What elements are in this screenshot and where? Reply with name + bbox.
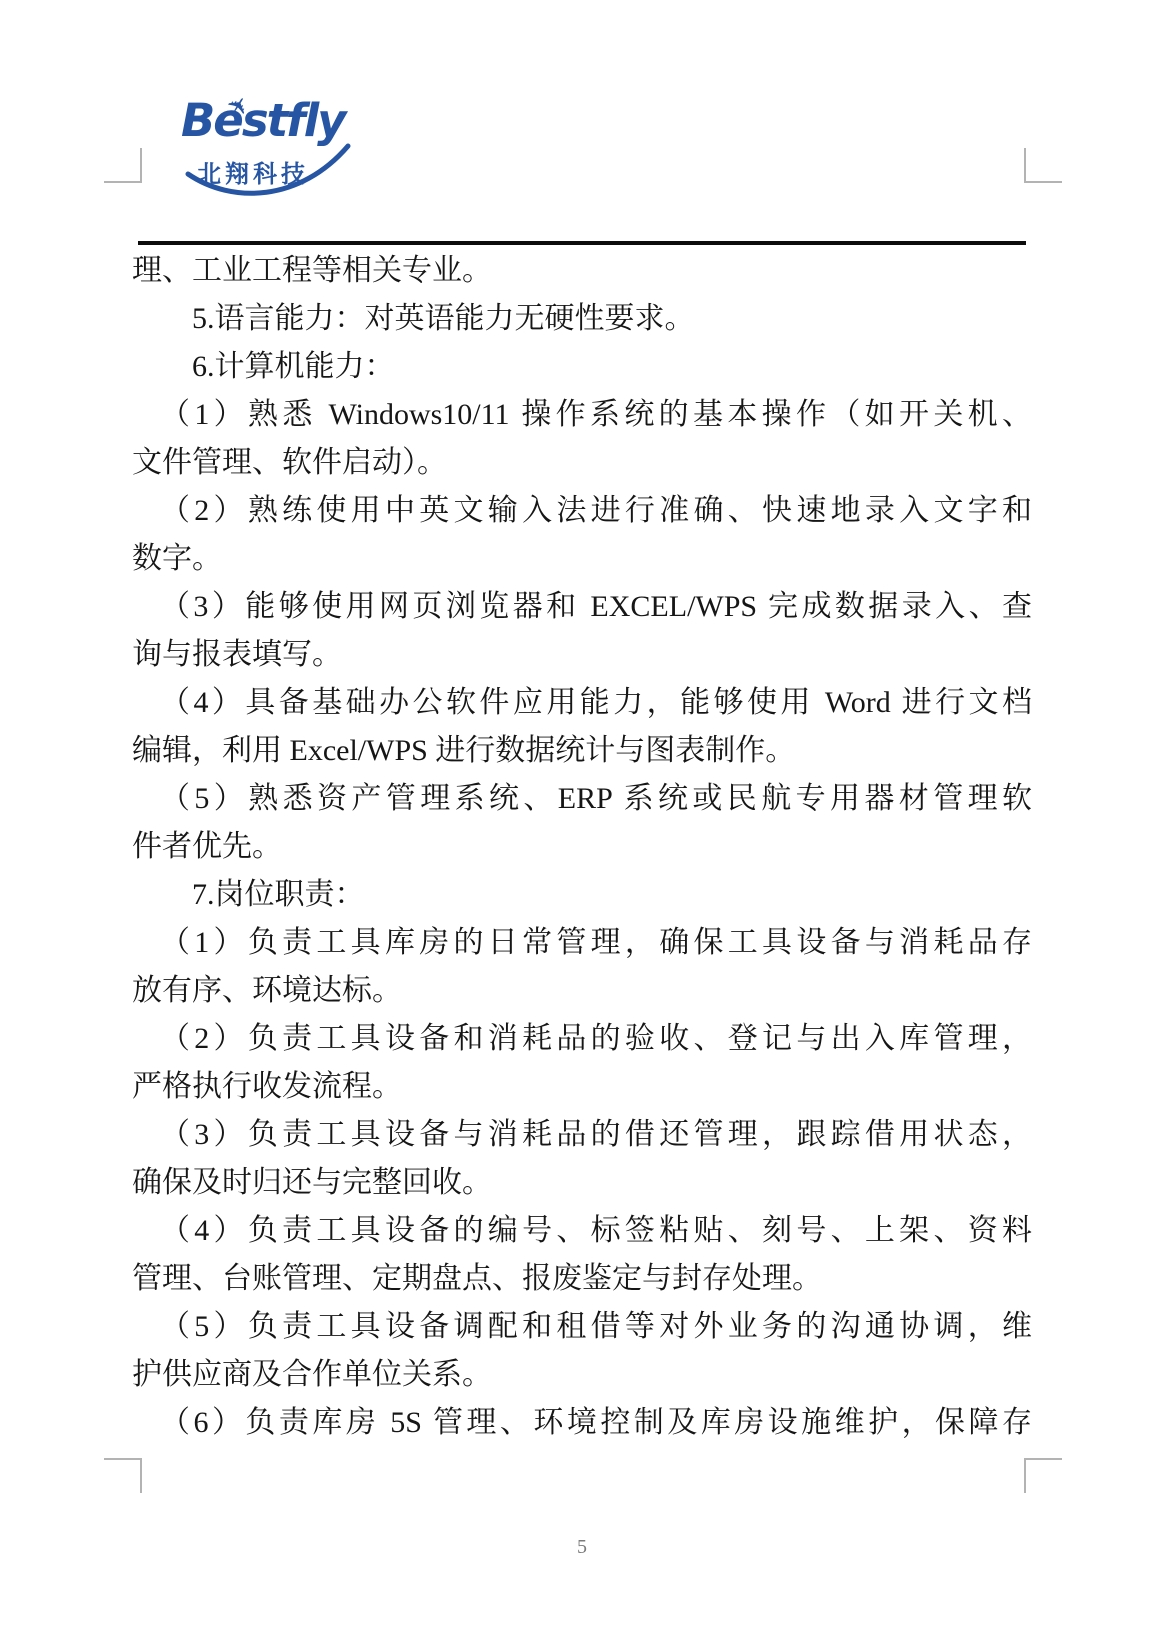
text-line: 编辑，利用 Excel/WPS 进行数据统计与图表制作。: [132, 727, 1032, 775]
text-line: （2）熟练使用中英文输入法进行准确、快速地录入文字和: [132, 487, 1032, 535]
text-line: （2）负责工具设备和消耗品的验收、登记与出入库管理，: [132, 1015, 1032, 1063]
brand-subtitle: 北翔科技: [197, 162, 309, 186]
text-line: （3）负责工具设备与消耗品的借还管理，跟踪借用状态，: [132, 1111, 1032, 1159]
document-body: 理、工业工程等相关专业。 5.语言能力：对英语能力无硬性要求。 6.计算机能力：…: [132, 247, 1032, 1447]
text-line: 管理、台账管理、定期盘点、报废鉴定与封存处理。: [132, 1255, 1032, 1303]
crop-mark-top-right: [1024, 148, 1062, 183]
page-number: 5: [0, 1536, 1164, 1559]
text-line: （5）负责工具设备调配和租借等对外业务的沟通协调，维: [132, 1303, 1032, 1351]
text-line: 护供应商及合作单位关系。: [132, 1351, 1032, 1399]
crop-mark-bottom-right: [1024, 1458, 1062, 1493]
text-line: 数字。: [132, 535, 1032, 583]
crop-mark-top-left: [104, 148, 142, 183]
brand-name: Bestfly: [181, 98, 344, 143]
text-line: 7.岗位职责：: [132, 871, 1032, 919]
brand-logo: ✈ Bestfly 北翔科技: [172, 92, 382, 212]
text-line: （3）能够使用网页浏览器和 EXCEL/WPS 完成数据录入、查: [132, 583, 1032, 631]
text-line: 5.语言能力：对英语能力无硬性要求。: [132, 295, 1032, 343]
text-line: 放有序、环境达标。: [132, 967, 1032, 1015]
text-line: 询与报表填写。: [132, 631, 1032, 679]
text-line: （6）负责库房 5S 管理、环境控制及库房设施维护，保障存: [132, 1399, 1032, 1447]
text-line: （1）负责工具库房的日常管理，确保工具设备与消耗品存: [132, 919, 1032, 967]
text-line: 文件管理、软件启动）。: [132, 439, 1032, 487]
text-line: 件者优先。: [132, 823, 1032, 871]
text-line: 6.计算机能力：: [132, 343, 1032, 391]
header-divider: [138, 241, 1026, 245]
text-line: （5）熟悉资产管理系统、ERP 系统或民航专用器材管理软: [132, 775, 1032, 823]
document-page: ✈ Bestfly 北翔科技 理、工业工程等相关专业。 5.语言能力：对英语能力…: [0, 0, 1164, 1640]
crop-mark-bottom-left: [104, 1458, 142, 1493]
text-line: （4）具备基础办公软件应用能力，能够使用 Word 进行文档: [132, 679, 1032, 727]
text-line: 确保及时归还与完整回收。: [132, 1159, 1032, 1207]
text-line: （1）熟悉 Windows10/11 操作系统的基本操作（如开关机、: [132, 391, 1032, 439]
text-line: （4）负责工具设备的编号、标签粘贴、刻号、上架、资料: [132, 1207, 1032, 1255]
text-line: 严格执行收发流程。: [132, 1063, 1032, 1111]
text-line: 理、工业工程等相关专业。: [132, 247, 1032, 295]
